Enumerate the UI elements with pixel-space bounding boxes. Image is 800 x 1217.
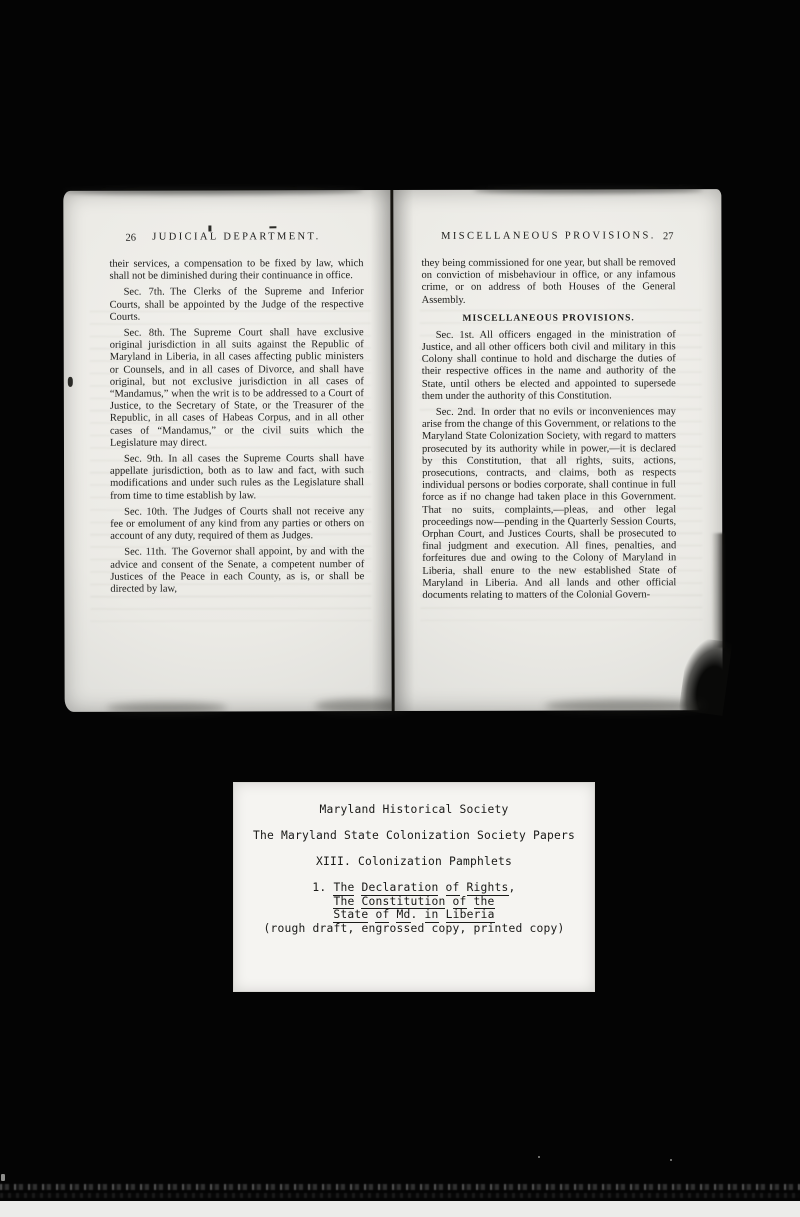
- running-head-right-text: MISCELLANEOUS PROVISIONS.: [441, 230, 656, 242]
- paragraph: Sec. 7th. The Clerks of the Supreme and …: [110, 286, 364, 323]
- stain: [63, 187, 363, 195]
- left-page-column: 26 JUDICIAL DEPARTMENT. their services, …: [109, 231, 364, 596]
- dust-speck: [538, 1156, 540, 1158]
- page-number-left: 26: [125, 233, 136, 244]
- running-head-right: MISCELLANEOUS PROVISIONS. 27: [421, 230, 675, 245]
- paragraph: Sec. 1st. All officers engaged in the mi…: [422, 329, 676, 403]
- section-heading: MISCELLANEOUS PROVISIONS.: [422, 313, 676, 324]
- edge-stain: [711, 533, 724, 648]
- card-item-line: The Constitution of the: [233, 895, 595, 909]
- card-item-line: 1. The Declaration of Rights,: [233, 881, 595, 895]
- dust-speck: [1, 1174, 5, 1181]
- paragraph: their services, a compensation to be fix…: [109, 258, 363, 283]
- gutter-shadow-left: [370, 190, 391, 711]
- right-page-body-bottom: Sec. 1st. All officers engaged in the mi…: [422, 329, 677, 602]
- catalog-card: Maryland Historical Society The Maryland…: [233, 782, 595, 992]
- gutter-shadow-right: [393, 190, 414, 711]
- film-noise-band: [0, 1193, 800, 1198]
- card-subtitle: The Maryland State Colonization Society …: [233, 829, 595, 842]
- stain: [107, 702, 227, 713]
- book-spread: 26 JUDICIAL DEPARTMENT. their services, …: [63, 189, 722, 712]
- film-noise-band: [0, 1184, 800, 1190]
- stain: [545, 699, 705, 712]
- right-page-body-top: they being commissioned for one year, bu…: [421, 257, 675, 306]
- paragraph: Sec. 11th. The Governor shall appoint, b…: [110, 547, 364, 596]
- speck: [208, 225, 211, 231]
- paragraph: Sec. 9th. In all cases the Supreme Court…: [110, 453, 364, 502]
- card-footnote: (rough draft, engrossed copy, printed co…: [233, 922, 595, 936]
- dust-speck: [670, 1159, 672, 1161]
- left-page: 26 JUDICIAL DEPARTMENT. their services, …: [63, 190, 391, 712]
- speck: [269, 226, 276, 228]
- running-head-left: 26 JUDICIAL DEPARTMENT.: [109, 231, 363, 246]
- torn-corner-stain: [679, 637, 733, 716]
- right-page-column: MISCELLANEOUS PROVISIONS. 27 they being …: [421, 230, 676, 602]
- left-page-body: their services, a compensation to be fix…: [109, 258, 364, 596]
- paragraph: Sec. 10th. The Judges of Courts shall no…: [110, 506, 364, 543]
- paragraph: they being commissioned for one year, bu…: [421, 257, 675, 306]
- right-page: MISCELLANEOUS PROVISIONS. 27 they being …: [393, 189, 722, 711]
- film-edge-strip: [0, 1201, 800, 1217]
- page-number-right: 27: [663, 231, 674, 242]
- card-series: XIII. Colonization Pamphlets: [233, 855, 595, 868]
- paragraph: Sec. 2nd. In order that no evils or inco…: [422, 406, 677, 602]
- running-head-left-text: JUDICIAL DEPARTMENT.: [152, 231, 320, 242]
- stain: [473, 186, 703, 194]
- microfilm-frame: 26 JUDICIAL DEPARTMENT. their services, …: [0, 0, 800, 1217]
- speck: [68, 377, 73, 387]
- card-title: Maryland Historical Society: [233, 782, 595, 816]
- card-item-list: 1. The Declaration of Rights,The Constit…: [233, 881, 595, 922]
- paragraph: Sec. 8th. The Supreme Court shall have e…: [110, 327, 364, 450]
- card-item-line: State of Md. in Liberia: [233, 908, 595, 922]
